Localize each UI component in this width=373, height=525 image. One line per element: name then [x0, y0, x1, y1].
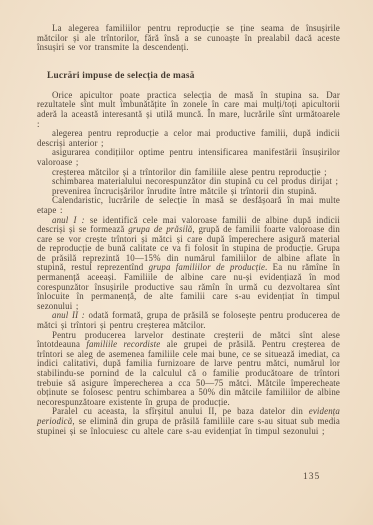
paragraph: anul II : odată formată, grupa de prăsil… [37, 311, 340, 330]
page-number: 135 [303, 472, 320, 482]
text-run: schimbarea materialului necorespunzător … [52, 176, 338, 186]
text-run: Orice apicultor poate practica selecția … [37, 90, 340, 129]
paragraph: asigurarea condițiilor optime pentru int… [37, 148, 340, 167]
italic-run: anul II : [52, 310, 85, 320]
paragraph: Orice apicultor poate practica selecția … [37, 91, 340, 129]
section-heading: Lucrări impuse de selecția de masă [47, 71, 340, 81]
text-run: La alegerea familiilor pentru reproducți… [37, 23, 340, 52]
paragraph: alegerea pentru reproducție a celor mai … [37, 129, 340, 148]
italic-run: grupa familiilor de producție [149, 262, 265, 272]
paragraph: Paralel cu aceasta, la sfîrșitul anului … [37, 407, 340, 436]
paragraph: Calendaristic, lucrările de selecție în … [37, 196, 340, 215]
text-run: prevenirea încrucișărilor înrudite între… [52, 186, 317, 196]
book-page: La alegerea familiilor pentru reproducți… [0, 0, 373, 525]
italic-run: familiile recordiste [86, 339, 160, 349]
italic-run: grupa de prăsilă [128, 224, 192, 234]
text-run: , se elimină din grupa de prăsilă famili… [37, 416, 340, 436]
paragraph: Pentru producerea larvelor destinate cre… [37, 331, 340, 408]
text-run: Paralel cu aceasta, la sfîrșitul anului … [52, 406, 309, 416]
text-run: asigurarea condițiilor optime pentru int… [37, 147, 340, 167]
text-run: Calendaristic, lucrările de selecție în … [37, 195, 340, 215]
italic-run: anul I : [52, 215, 85, 225]
paragraph: anul I : se identifică cele mai valoroas… [37, 216, 340, 312]
text-run: alegerea pentru reproducție a celor mai … [37, 128, 340, 148]
text-run: creșterea mătcilor și a trîntorilor din … [52, 167, 327, 177]
paragraph-intro: La alegerea familiilor pentru reproducți… [37, 24, 340, 53]
text-run: ale grupei de prăsilă. Pentru creșterea … [37, 339, 340, 407]
page-body: Orice apicultor poate practica selecția … [37, 91, 340, 436]
